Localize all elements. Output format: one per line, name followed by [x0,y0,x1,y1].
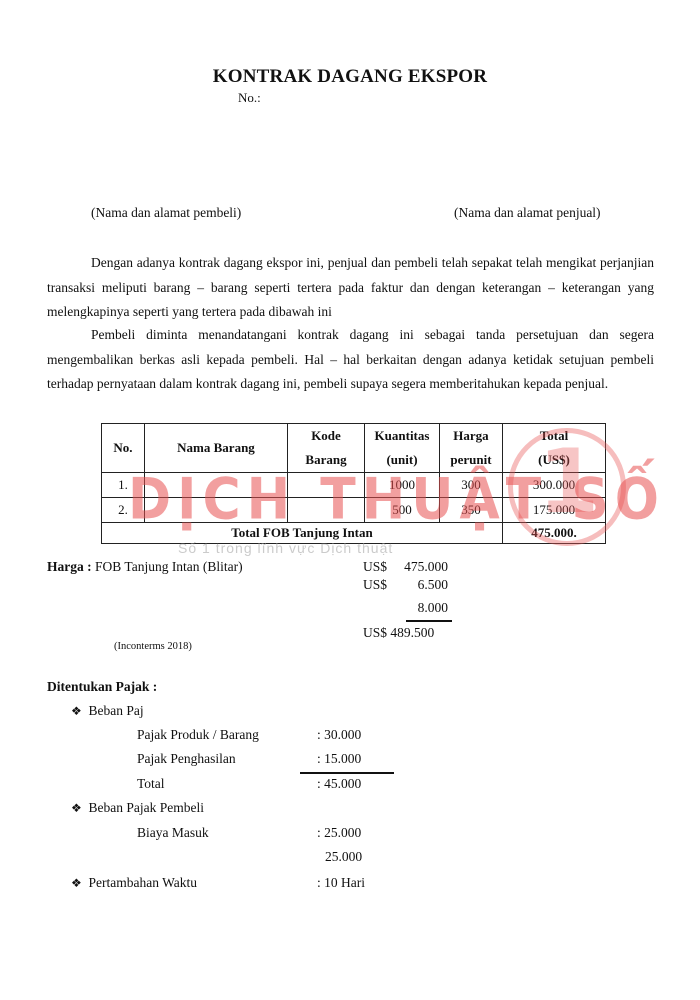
header-unit-price: Hargaperunit [440,424,503,473]
tax-total-rule [300,772,394,774]
cell-no: 1. [102,473,145,498]
tax-item-value: : 25.000 [317,825,361,841]
cell-name [145,473,288,498]
buyer-name-address-label: (Nama dan alamat pembeli) [91,205,241,221]
price-line: Harga : FOB Tanjung Intan (Blitar) [47,559,243,575]
cell-unit-price: 300 [440,473,503,498]
bullet-icon: ❖ [71,876,82,890]
buyer-tax-subtotal: 25.000 [325,849,362,865]
cell-code [288,473,365,498]
tax-item-value: : 15.000 [317,751,361,767]
watermark-subtitle: Số 1 trong lĩnh vực Dịch thuật [178,540,393,556]
cell-quantity: 1000 [365,473,440,498]
tax-item-label: Pajak Produk / Barang [137,727,259,743]
price-value-1: 475.000 [398,559,448,575]
tax-item-label: Biaya Masuk [137,825,209,841]
tax-total-value: : 45.000 [317,776,361,792]
tax-total-label: Total [137,776,165,792]
cell-unit-price: 350 [440,498,503,523]
cell-name [145,498,288,523]
watermark-number: 1 [538,430,599,533]
seller-tax-burden: ❖ Beban Paj [71,703,144,719]
buyer-tax-burden: ❖ Beban Pajak Pembeli [71,800,204,816]
price-currency-2: US$ [363,577,387,593]
price-sum-rule [406,620,452,622]
cell-quantity: 500 [365,498,440,523]
seller-name-address-label: (Nama dan alamat penjual) [454,205,601,221]
contract-number-label: No.: [238,90,261,106]
bullet-icon: ❖ [71,704,82,718]
time-extension: ❖ Pertambahan Waktu [71,875,197,891]
price-currency-1: US$ [363,559,387,575]
paragraph-1-text: Dengan adanya kontrak dagang ekspor ini,… [47,255,654,319]
cell-code [288,498,365,523]
agreement-paragraph: Dengan adanya kontrak dagang ekspor ini,… [47,251,654,325]
header-code: KodeBarang [288,424,365,473]
incoterms-note: (Inconterms 2018) [114,641,192,652]
cell-no: 2. [102,498,145,523]
tax-heading: Ditentukan Pajak : [47,679,157,695]
price-value-2: 6.500 [398,577,448,593]
header-quantity: Kuantitas(unit) [365,424,440,473]
header-no: No. [102,424,145,473]
time-extension-value: : 10 Hari [317,875,365,891]
price-label: Harga : [47,559,92,574]
tax-item-value: : 30.000 [317,727,361,743]
price-description: FOB Tanjung Intan (Blitar) [95,559,243,574]
bullet-icon: ❖ [71,801,82,815]
document-title: KONTRAK DAGANG EKSPOR [0,66,700,88]
price-sum: US$ 489.500 [363,625,434,641]
tax-item-label: Pajak Penghasilan [137,751,236,767]
header-name: Nama Barang [145,424,288,473]
signature-request-paragraph: Pembeli diminta menandatangani kontrak d… [47,323,654,397]
paragraph-2-text: Pembeli diminta menandatangani kontrak d… [47,327,654,391]
price-value-3: 8.000 [398,600,448,616]
